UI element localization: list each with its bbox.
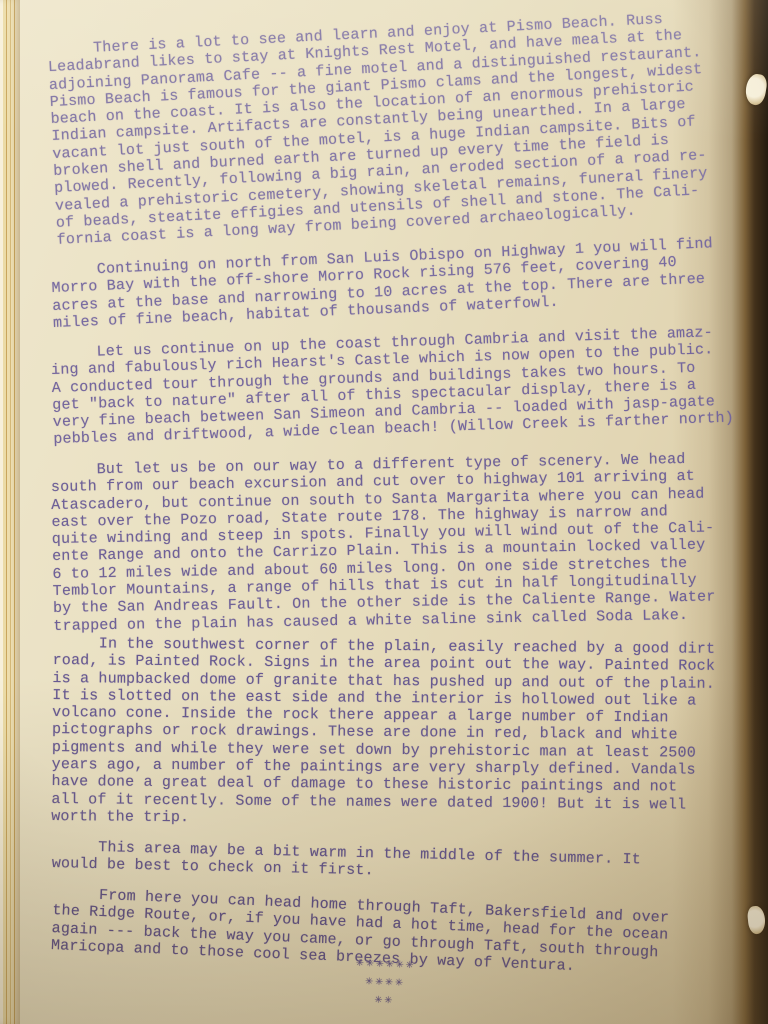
paragraph-hearst-castle: Let us continue on up the coast through …: [50, 323, 741, 448]
asterisk-ornament: ✳✳✳✳✳✳ ✳✳✳✳ ✳✳: [299, 952, 471, 1013]
paragraph-carrizo-plain: But let us be on our way to a different …: [50, 450, 741, 635]
book-page-stack-edge: [0, 0, 20, 1024]
paragraph-painted-rock: In the southwest corner of the plain, ea…: [51, 635, 741, 831]
paragraph-morro-bay: Continuing on north from San Luis Obispo…: [51, 234, 741, 332]
typewritten-text-column: There is a lot to see and learn and enjo…: [52, 28, 740, 968]
paragraph-pismo-beach: There is a lot to see and learn and enjo…: [47, 7, 745, 249]
scanned-page-photo: There is a lot to see and learn and enjo…: [0, 0, 768, 1024]
paragraph-summer-warning: This area may be a bit warm in the middl…: [52, 838, 741, 888]
